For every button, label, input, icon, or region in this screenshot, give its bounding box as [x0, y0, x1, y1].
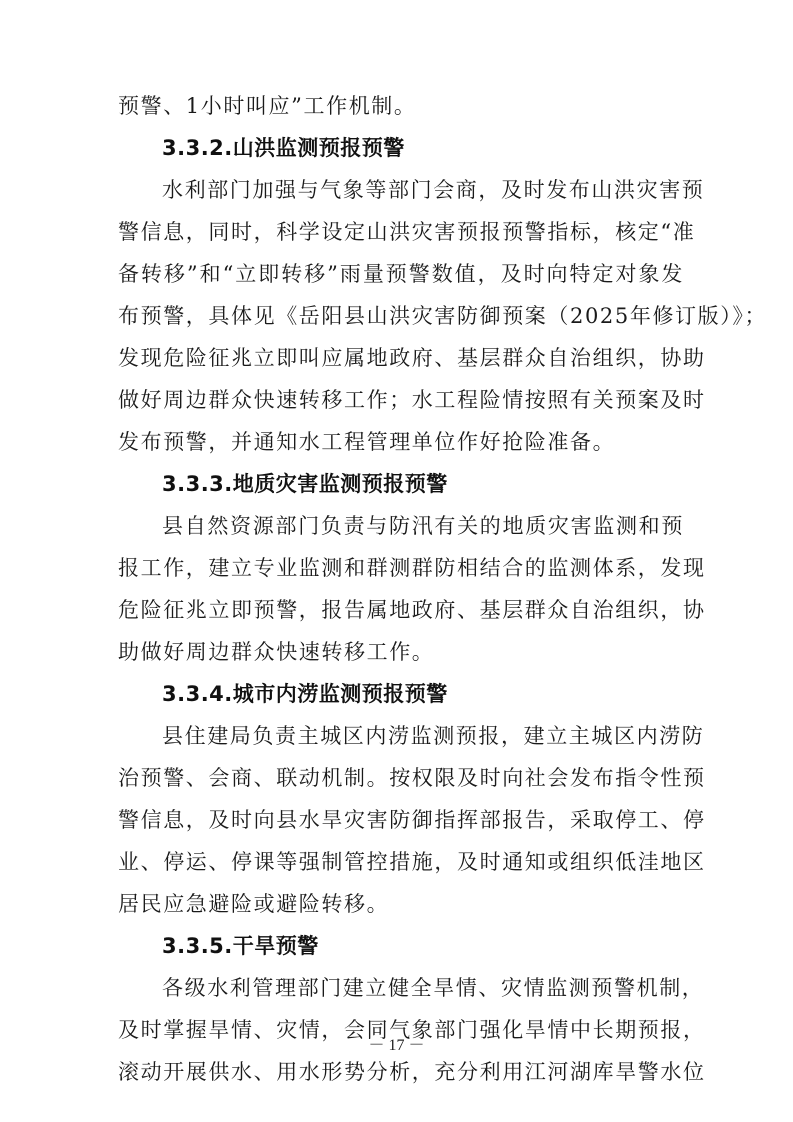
- paragraph-line: 发现危险征兆立即叫应属地政府、基层群众自治组织，协助: [118, 341, 684, 375]
- document-page: 预警、1小时叫应”工作机制。3.3.2.山洪监测预报预警水利部门加强与气象等部门…: [0, 0, 793, 1122]
- paragraph-line: 布预警，具体见《岳阳县山洪灾害防御预案（2025年修订版）》；: [118, 299, 684, 333]
- page-number: － 17 －: [0, 1032, 793, 1055]
- paragraph-line: 报工作，建立专业监测和群测群防相结合的监测体系，发现: [118, 551, 684, 585]
- paragraph-line: 助做好周边群众快速转移工作。: [118, 635, 684, 669]
- paragraph-line: 县自然资源部门负责与防汛有关的地质灾害监测和预: [118, 509, 684, 543]
- paragraph-line: 居民应急避险或避险转移。: [118, 887, 684, 921]
- paragraph-line: 水利部门加强与气象等部门会商，及时发布山洪灾害预: [118, 173, 684, 207]
- paragraph-line: 备转移”和“立即转移”雨量预警数值，及时向特定对象发: [118, 257, 684, 291]
- section-heading: 3.3.4.城市内涝监测预报预警: [162, 677, 448, 711]
- paragraph-line: 各级水利管理部门建立健全旱情、灾情监测预警机制，: [118, 971, 684, 1005]
- section-heading: 3.3.3.地质灾害监测预报预警: [162, 467, 448, 501]
- paragraph-line: 业、停运、停课等强制管控措施，及时通知或组织低洼地区: [118, 845, 684, 879]
- paragraph-line: 警信息，及时向县水旱灾害防御指挥部报告，采取停工、停: [118, 803, 684, 837]
- paragraph-line: 预警、1小时叫应”工作机制。: [118, 89, 684, 123]
- paragraph-line: 治预警、会商、联动机制。按权限及时向社会发布指令性预: [118, 761, 684, 795]
- paragraph-line: 危险征兆立即预警，报告属地政府、基层群众自治组织，协: [118, 593, 684, 627]
- paragraph-line: 发布预警，并通知水工程管理单位作好抢险准备。: [118, 425, 684, 459]
- paragraph-line: 警信息，同时，科学设定山洪灾害预报预警指标，核定“准: [118, 215, 684, 249]
- section-heading: 3.3.5.干旱预警: [162, 929, 319, 963]
- paragraph-line: 滚动开展供水、用水形势分析，充分利用江河湖库旱警水位: [118, 1055, 684, 1089]
- section-heading: 3.3.2.山洪监测预报预警: [162, 131, 405, 165]
- paragraph-line: 县住建局负责主城区内涝监测预报，建立主城区内涝防: [118, 719, 684, 753]
- paragraph-line: 做好周边群众快速转移工作；水工程险情按照有关预案及时: [118, 383, 684, 417]
